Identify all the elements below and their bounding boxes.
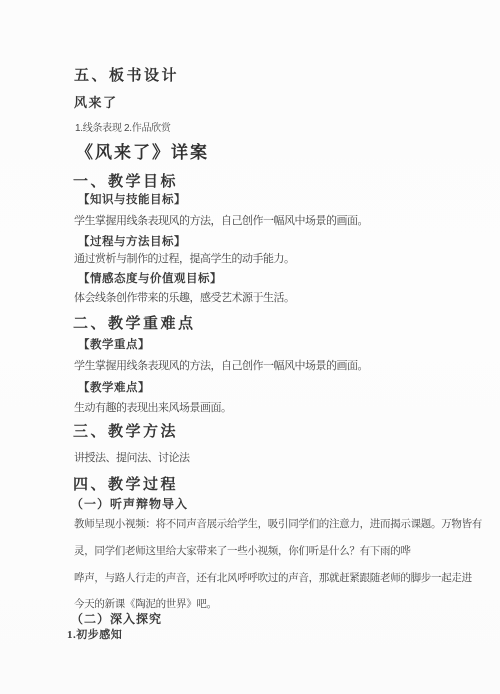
paragraph-line: 哗声，与路人行走的声音，还有北风呼呼吹过的声音，那就赶紧跟随老师的脚步一起走进 <box>74 570 472 585</box>
emotion-goal-text: 体会线条创作带来的乐趣，感受艺术源于生活。 <box>74 289 295 305</box>
paragraph-line: 灵，同学们老师这里给大家带来了一些小视频，你们听是什么？有下雨的哗 <box>74 543 411 558</box>
methods-text: 讲授法、提问法、讨论法 <box>74 449 190 465</box>
knowledge-goal-text: 学生掌握用线条表现风的方法，自己创作一幅风中场景的画面。 <box>74 212 368 228</box>
process-goal-label: 【过程与方法目标】 <box>78 233 186 249</box>
key-point-label: 【教学重点】 <box>78 336 150 352</box>
paragraph-line: 教师呈现小视频：将不同声音展示给学生，吸引同学们的注意力，进而揭示课题。万物皆有 <box>74 516 482 531</box>
process-heading: 四、教学过程 <box>73 473 178 494</box>
difficult-point-text: 生动有趣的表现出来风场景画面。 <box>74 399 232 415</box>
board-design-heading: 五、板书设计 <box>74 64 179 85</box>
objectives-heading: 一、教学目标 <box>73 170 178 191</box>
process-goal-text: 通过赏析与制作的过程，提高学生的动手能力。 <box>74 250 295 266</box>
board-title-text: 风来了 <box>74 92 118 111</box>
methods-heading: 三、教学方法 <box>73 420 178 441</box>
key-points-heading: 二、教学重难点 <box>73 312 196 333</box>
paragraph-line: 今天的新课《陶泥的世界》吧。 <box>74 596 217 611</box>
lesson-plan-document: 五、板书设计 风来了 1.线条表现 2.作品欣赏 《风来了》详案 一、教学目标 … <box>0 0 500 694</box>
key-point-text: 学生掌握用线条表现风的方法，自己创作一幅风中场景的画面。 <box>74 357 368 373</box>
difficult-point-label: 【教学难点】 <box>78 379 150 395</box>
board-items-text: 1.线条表现 2.作品欣赏 <box>75 119 171 134</box>
knowledge-goal-label: 【知识与技能目标】 <box>78 191 186 207</box>
intro-subheading: （一）听声辩物导入 <box>71 495 188 512</box>
perception-item: 1.初步感知 <box>67 626 122 642</box>
emotion-goal-label: 【情感态度与价值观目标】 <box>78 270 222 286</box>
explore-subheading: （二）深入探究 <box>71 610 162 627</box>
lesson-title: 《风来了》详案 <box>76 138 209 163</box>
